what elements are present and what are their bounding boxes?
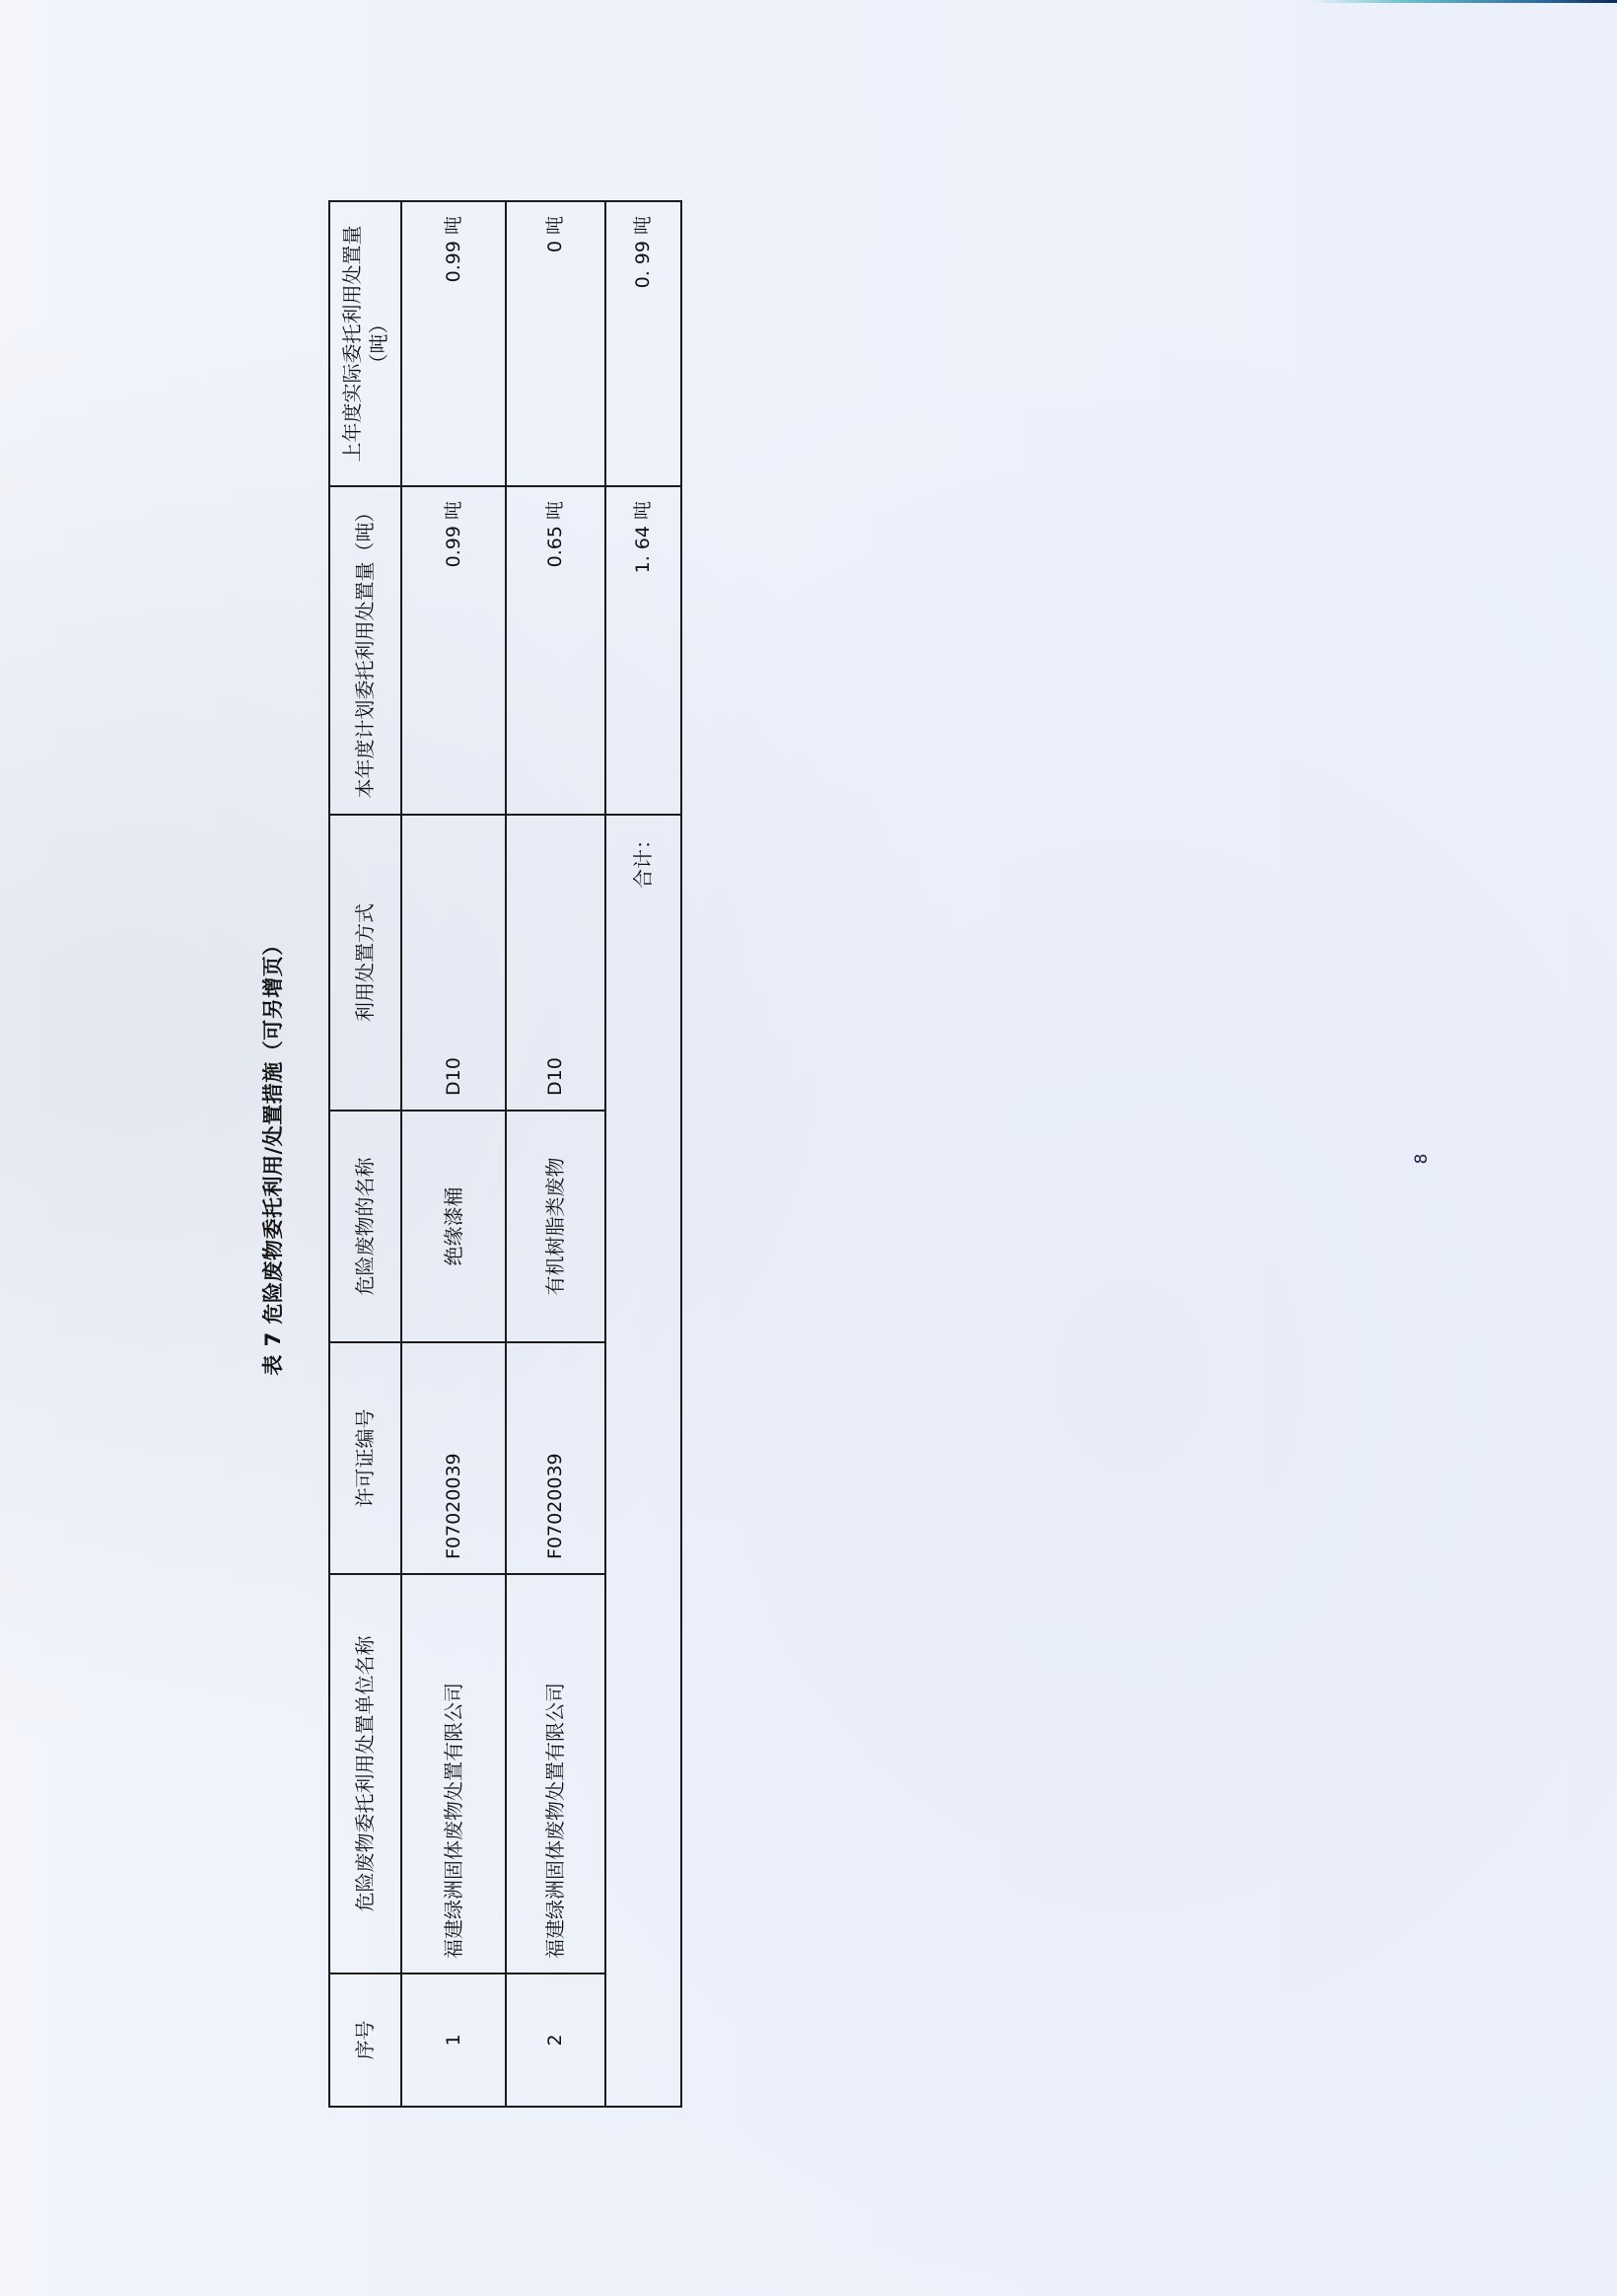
cell-serial-no: 2: [506, 1973, 605, 2107]
table-row: 2 福建绿洲固体废物处置有限公司 F07020039 有机树脂类废物 D10 0…: [506, 201, 605, 2107]
table-row: 1 福建绿洲固体废物处置有限公司 F07020039 绝缘漆桶 D10 0.99…: [401, 201, 506, 2107]
header-actual-last-year: 上年度实际委托利用处置量（吨）: [329, 201, 401, 486]
header-disposal-company: 危险废物委托利用处置单位名称: [329, 1574, 401, 1973]
cell-company: 福建绿洲固体废物处置有限公司: [506, 1574, 605, 1973]
total-planned: 1. 64 吨: [605, 486, 681, 815]
cell-license: F07020039: [506, 1342, 605, 1574]
cell-license: F07020039: [401, 1342, 506, 1574]
hazardous-waste-disposal-table: 序号 危险废物委托利用处置单位名称 许可证编号 危险废物的名称 利用处置方式 本…: [328, 202, 680, 2108]
cell-waste-name: 绝缘漆桶: [401, 1111, 506, 1342]
cell-planned: 0.99 吨: [401, 486, 506, 815]
total-label: 合计：: [605, 815, 681, 2107]
cell-company: 福建绿洲固体废物处置有限公司: [401, 1574, 506, 1973]
header-planned-amount: 本年度计划委托利用处置量（吨）: [329, 486, 401, 815]
cell-serial-no: 1: [401, 1973, 506, 2107]
page-number: 8: [1410, 1144, 1434, 1174]
total-row: 合计： 1. 64 吨 0. 99 吨: [605, 201, 681, 2107]
header-waste-name: 危险废物的名称: [329, 1111, 401, 1342]
table-title: 表 7 危险废物委托利用/处置措施（可另增页）: [258, 202, 288, 2108]
cell-actual-last-year: 0 吨: [506, 201, 605, 486]
cell-planned: 0.65 吨: [506, 486, 605, 815]
header-disposal-method: 利用处置方式: [329, 815, 401, 1111]
total-actual-last-year: 0. 99 吨: [605, 201, 681, 486]
header-license-no: 许可证编号: [329, 1342, 401, 1574]
header-serial-no: 序号: [329, 1973, 401, 2107]
cell-method: D10: [401, 815, 506, 1111]
cell-method: D10: [506, 815, 605, 1111]
disposal-table: 序号 危险废物委托利用处置单位名称 许可证编号 危险废物的名称 利用处置方式 本…: [328, 200, 682, 2108]
cell-actual-last-year: 0.99 吨: [401, 201, 506, 486]
header-row: 序号 危险废物委托利用处置单位名称 许可证编号 危险废物的名称 利用处置方式 本…: [329, 201, 401, 2107]
cell-waste-name: 有机树脂类废物: [506, 1111, 605, 1342]
scan-edge-artifact: [1311, 0, 1617, 3]
